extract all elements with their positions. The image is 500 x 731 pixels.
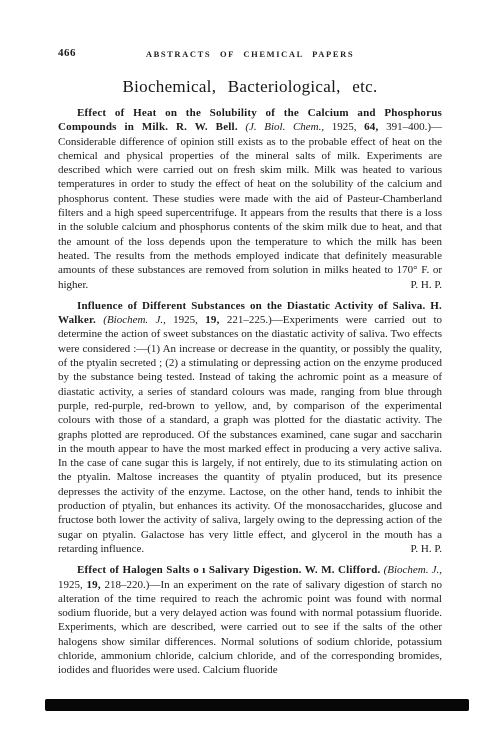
abstract-entry: Effect of Halogen Salts o ı Salivary Dig… [58,563,442,677]
citation-pages: 218–220.)— [105,579,161,591]
citation-journal: (Biochem. J., [103,314,166,326]
abstract-author: R. W. Bell. [176,121,238,133]
reviewer-initials: P. H. P. [384,278,443,292]
abstract-title: Effect of Halogen Salts o ı Salivary Dig… [77,564,302,576]
page-number: 466 [58,47,76,59]
page-header: 466 ABSTRACTS OF CHEMICAL PAPERS [58,47,442,60]
reviewer-initials: P. H. P. [384,542,443,556]
citation-year: 1925, [58,579,83,591]
citation-volume: 64, [364,121,378,133]
scanned-page: 466 ABSTRACTS OF CHEMICAL PAPERS Biochem… [0,0,500,731]
scan-artifact-bar [45,699,469,711]
citation-journal: (Biochem. J., [384,564,442,576]
abstracts-column: Effect of Heat on the Solubility of the … [58,106,442,685]
running-head: ABSTRACTS OF CHEMICAL PAPERS [58,47,442,59]
abstract-entry: Influence of Different Substances on the… [58,299,442,556]
citation-journal: (J. Biol. Chem., [245,121,324,133]
abstract-author: W. M. Clifford. [305,564,381,576]
citation-volume: 19, [86,579,100,591]
citation-pages: 221–225.)— [227,314,283,326]
abstract-body: In an experiment on the rate of salivary… [58,579,442,677]
abstract-body: Experiments were carried out to determin… [58,314,442,555]
citation-pages: 391–400.)— [386,121,442,133]
citation-year: 1925, [332,121,357,133]
citation-year: 1925, [173,314,198,326]
abstract-entry: Effect of Heat on the Solubility of the … [58,106,442,292]
abstract-title: Influence of Different Substances on the… [77,300,425,312]
abstract-body: Considerable difference of opinion still… [58,136,442,291]
section-title: Biochemical, Bacteriological, etc. [0,77,500,97]
citation-volume: 19, [205,314,219,326]
